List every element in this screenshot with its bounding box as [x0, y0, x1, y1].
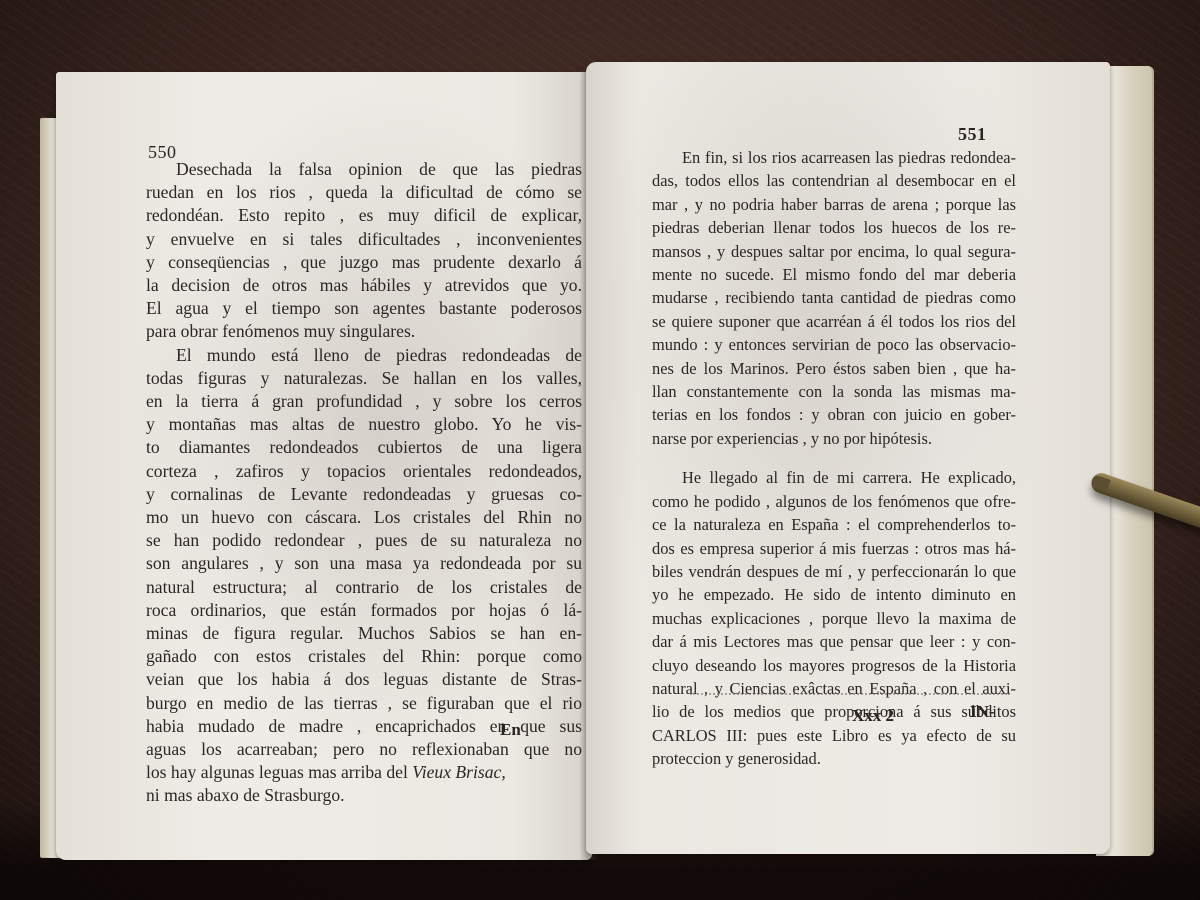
- pencil-tip-icon: [1090, 474, 1111, 491]
- text-line: narse por experiencias , y no por hipóte…: [652, 427, 1016, 450]
- paragraph: En fin, si los rios acarreasen las piedr…: [652, 146, 1016, 450]
- text-line: ruedan en los rios , queda la dificultad…: [146, 181, 582, 204]
- paragraph-gap: [652, 450, 1016, 466]
- text-line: natural , y Ciencias exâctas en España ,…: [652, 677, 1016, 700]
- italic-place-name: Vieux Brisac,: [412, 762, 505, 782]
- text-line: He llegado al fin de mi carrera. He expl…: [652, 466, 1016, 489]
- text-line: dar á mis Lectores mas que pensar que le…: [652, 630, 1016, 653]
- text-line: todas figuras y naturalezas. Se hallan e…: [146, 367, 582, 390]
- text-line: mar , y no podria haber barras de arena …: [652, 193, 1016, 216]
- text-line: la decision de otros mas hábiles y atrev…: [146, 274, 582, 297]
- text-line: minas de figura regular. Muchos Sabios s…: [146, 622, 582, 645]
- text-line: corteza , zafiros y topacios orientales …: [146, 460, 582, 483]
- text-line: El mundo está lleno de piedras redondead…: [146, 344, 582, 367]
- text-line: Desechada la falsa opinion de que las pi…: [146, 158, 582, 181]
- text-line: to diamantes redondeados cubiertos de un…: [146, 436, 582, 459]
- text-line: y envuelve en si tales dificultades , in…: [146, 228, 582, 251]
- text-line: mundo : y entonces servirian de poco las…: [652, 333, 1016, 356]
- text-line: yo he empezado. He sido de intento dimin…: [652, 583, 1016, 606]
- text-line: son angulares , y son una masa ya redond…: [146, 552, 582, 575]
- catchword-right: IN-: [970, 702, 995, 722]
- page-number-right: 551: [958, 124, 987, 145]
- text-line: en la tierra á gran profundidad , y sobr…: [146, 390, 582, 413]
- text-line: natural estructura; al contrario de los …: [146, 576, 582, 599]
- left-page: 550 Desechada la falsa opinion de que la…: [56, 72, 592, 860]
- text-fragment: los hay algunas leguas mas arriba del: [146, 762, 408, 782]
- text-line: se quiere suponer que acarréan á él todo…: [652, 310, 1016, 333]
- paragraph: Desechada la falsa opinion de que las pi…: [146, 158, 582, 344]
- text-line: y montañas mas altas de nuestro globo. Y…: [146, 413, 582, 436]
- text-line: terias en los fondos : y obran con juici…: [652, 403, 1016, 426]
- text-line: dos es empresa superior á mis fuerzas : …: [652, 537, 1016, 560]
- text-line: biles vendrán despues de mí , y perfecci…: [652, 560, 1016, 583]
- text-line: y conseqüencias , que juzgo mas prudente…: [146, 251, 582, 274]
- text-line: cluyo deseando los mayores progresos de …: [652, 654, 1016, 677]
- text-line: y cornalinas de Levante redondeadas y gr…: [146, 483, 582, 506]
- text-line: CARLOS III: pues este Libro es ya efecto…: [652, 724, 1016, 747]
- text-line: mo un huevo con cáscara. Los cristales d…: [146, 506, 582, 529]
- left-page-text: Desechada la falsa opinion de que las pi…: [146, 158, 582, 808]
- text-line: En fin, si los rios acarreasen las piedr…: [652, 146, 1016, 169]
- text-line: muchas explicaciones , porque llevo la m…: [652, 607, 1016, 630]
- text-line: mudarse , recibiendo tanta cantidad de p…: [652, 286, 1016, 309]
- text-line: para obrar fenómenos muy singulares.: [146, 320, 582, 343]
- dotted-rule: [690, 693, 1010, 695]
- text-line: nes de los Marinos. Pero éstos saben bie…: [652, 357, 1016, 380]
- right-page: 551 En fin, si los rios acarreasen las p…: [586, 62, 1110, 854]
- text-line: veian que los habia á dos leguas distant…: [146, 668, 582, 691]
- text-line: los hay algunas leguas mas arriba del Vi…: [146, 761, 582, 784]
- paragraph: He llegado al fin de mi carrera. He expl…: [652, 466, 1016, 770]
- text-line: piedras deberian llenar todos los huecos…: [652, 216, 1016, 239]
- text-line: como he podido , algunos de los fenómeno…: [652, 490, 1016, 513]
- text-line: roca ordinarios, que están formados por …: [146, 599, 582, 622]
- text-line: aguas los acarreaban; pero no reflexiona…: [146, 738, 582, 761]
- text-line: proteccion y generosidad.: [652, 747, 1016, 770]
- text-line: gañado con estos cristales del Rhin: por…: [146, 645, 582, 668]
- text-line: burgo en medio de las tierras , se figur…: [146, 692, 582, 715]
- text-line: se han podido redondear , pues de su nat…: [146, 529, 582, 552]
- text-line: mansos , y despues saltar por encima, lo…: [652, 240, 1016, 263]
- text-line: ni mas abaxo de Strasburgo.: [146, 784, 582, 807]
- catchword-left: En: [500, 720, 521, 740]
- text-line: llan constantemente con la sonda las mis…: [652, 380, 1016, 403]
- text-line: das, todos ellos las contendrian al dese…: [652, 169, 1016, 192]
- text-line: mente no sucede. El mismo fondo del mar …: [652, 263, 1016, 286]
- text-line: ce la naturaleza en España : el comprehe…: [652, 513, 1016, 536]
- text-line: redondéan. Esto repito , es muy dificil …: [146, 204, 582, 227]
- right-page-text: En fin, si los rios acarreasen las piedr…: [652, 146, 1016, 771]
- text-line: lio de los medios que proporciona á sus …: [652, 700, 1016, 723]
- text-line: El agua y el tiempo son agentes bastante…: [146, 297, 582, 320]
- signature-mark: Xxx 2: [852, 706, 894, 726]
